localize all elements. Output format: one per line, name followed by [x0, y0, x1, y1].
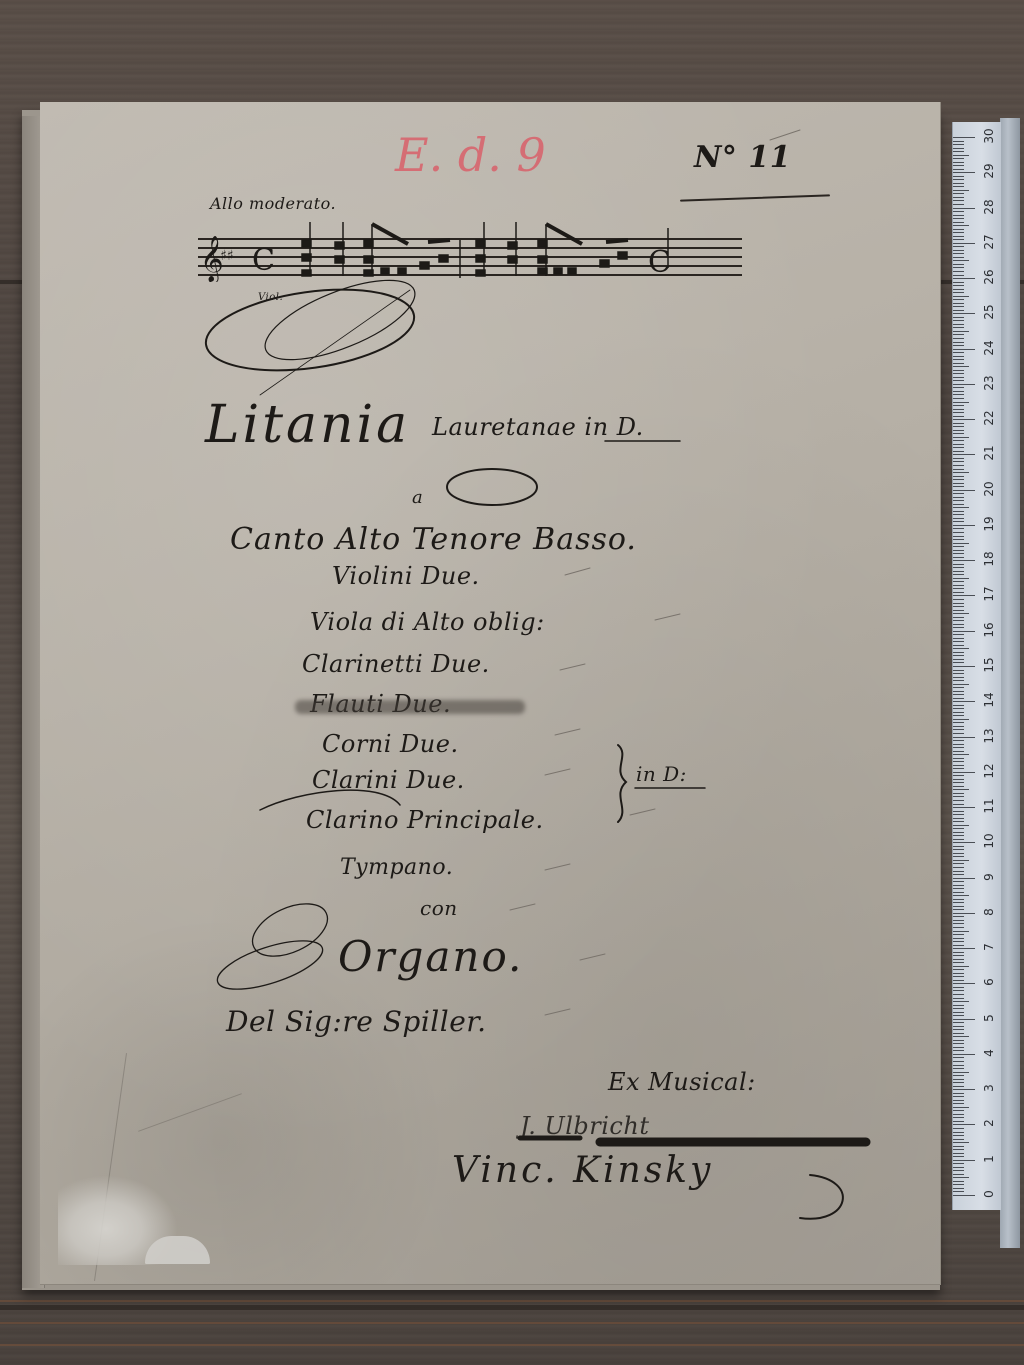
- ruler-label: 29: [982, 161, 996, 181]
- ruler-tick: [953, 373, 964, 374]
- ruler-tick: [953, 543, 969, 544]
- ruler-tick: [953, 1019, 975, 1020]
- ruler-tick: [953, 215, 964, 216]
- ruler-tick: [953, 934, 964, 935]
- ruler-tick: [953, 807, 975, 808]
- ruler-tick: [953, 1072, 969, 1073]
- voices-line: Canto Alto Tenore Basso.: [230, 522, 637, 557]
- ruler-tick: [953, 1033, 964, 1034]
- ruler-tick: [953, 363, 964, 364]
- ruler-tick: [953, 267, 964, 268]
- ruler-tick: [953, 655, 964, 656]
- ruler-tick: [953, 486, 964, 487]
- ruler-tick: [953, 334, 964, 335]
- ruler-tick: [953, 983, 975, 984]
- ruler-tick: [953, 740, 964, 741]
- ruler-tick: [953, 1167, 964, 1168]
- ruler-tick: [953, 913, 975, 914]
- ruler-tick: [953, 539, 964, 540]
- ruler-tick: [953, 620, 964, 621]
- ruler-label: 4: [982, 1043, 996, 1063]
- ruler-tick: [953, 1012, 964, 1013]
- ruler-tick: [953, 610, 964, 611]
- ruler-tick: [953, 719, 969, 720]
- ruler-tick: [953, 955, 964, 956]
- ruler-tick: [953, 1191, 964, 1192]
- ruler-tick: [953, 423, 964, 424]
- ruler-tick: [953, 990, 964, 991]
- ruler-label: 8: [982, 902, 996, 922]
- ruler-tick: [953, 652, 964, 653]
- ruler-tick: [953, 684, 969, 685]
- ruler-label: 22: [982, 408, 996, 428]
- ruler-tick: [953, 1043, 964, 1044]
- ruler-tick: [953, 1121, 964, 1122]
- ruler-tick: [953, 190, 969, 191]
- ruler-tick: [953, 818, 964, 819]
- ruler-tick: [953, 878, 975, 879]
- ruler-tick: [953, 1163, 964, 1164]
- ruler-tick: [953, 712, 964, 713]
- ruler-label: 24: [982, 338, 996, 358]
- ruler-label: 14: [982, 690, 996, 710]
- ruler-tick: [953, 342, 964, 343]
- ruler-tick: [953, 1100, 964, 1101]
- ruler-tick: [953, 839, 964, 840]
- ruler-tick: [953, 595, 975, 596]
- ruler-tick: [953, 899, 964, 900]
- ruler-tick: [953, 631, 975, 632]
- ruler-tick: [953, 338, 964, 339]
- ruler-tick: [953, 222, 964, 223]
- ruler-tick: [953, 384, 975, 385]
- ruler-tick: [953, 722, 964, 723]
- ruler-tick: [953, 786, 964, 787]
- ruler-label: 18: [982, 549, 996, 569]
- ruler-tick: [953, 165, 964, 166]
- ruler-tick: [953, 320, 964, 321]
- ruler-tick: [953, 641, 964, 642]
- ruler-tick: [953, 1103, 964, 1104]
- ruler-tick: [953, 856, 964, 857]
- ruler-tick: [953, 1075, 964, 1076]
- provenance-struck-owner: J. Ulbricht: [520, 1112, 649, 1140]
- ruler-label: 15: [982, 655, 996, 675]
- ruler-label: 5: [982, 1008, 996, 1028]
- ruler-tick: [953, 666, 975, 667]
- ruler-tick: [953, 941, 964, 942]
- ruler-tick: [953, 532, 964, 533]
- ruler-tick: [953, 1008, 964, 1009]
- composer-line: Del Sig:re Spiller.: [226, 1005, 486, 1038]
- ruler-tick: [953, 1015, 964, 1016]
- ruler-tick: [953, 172, 975, 173]
- ruler-tick: [953, 588, 964, 589]
- ruler-tick: [953, 1156, 964, 1157]
- ruler-tick: [953, 472, 969, 473]
- ruler-tick: [953, 638, 964, 639]
- ruler-tick: [953, 1153, 964, 1154]
- ruler-label: 9: [982, 867, 996, 887]
- ruler-tick: [953, 490, 975, 491]
- ruler-tick: [953, 871, 964, 872]
- ruler-label: 10: [982, 831, 996, 851]
- ruler-label: 3: [982, 1078, 996, 1098]
- title-sub: Lauretanae in D.: [432, 413, 644, 441]
- ruler-tick: [953, 962, 964, 963]
- ruler-tick: [953, 253, 964, 254]
- ruler-tick: [953, 186, 964, 187]
- ruler-tick: [953, 356, 964, 357]
- ruler-tick: [953, 1082, 964, 1083]
- ruler-tick: [953, 574, 964, 575]
- ruler-tick: [953, 758, 964, 759]
- ruler-label: 25: [982, 302, 996, 322]
- ruler-tick: [953, 507, 969, 508]
- ruler-tick: [953, 744, 964, 745]
- ruler-tick: [953, 1124, 975, 1125]
- ruler-tick: [953, 1079, 964, 1080]
- ruler-tick: [953, 952, 964, 953]
- ruler-tick: [953, 479, 964, 480]
- ruler-tick: [953, 691, 964, 692]
- ruler-tick: [953, 232, 964, 233]
- ruler-tick: [953, 966, 969, 967]
- ruler-tick: [953, 324, 964, 325]
- ruler-label: 19: [982, 514, 996, 534]
- ruler-label: 16: [982, 620, 996, 640]
- ruler-tick: [953, 931, 969, 932]
- ruler-rail: [1000, 118, 1020, 1248]
- ruler-tick: [953, 271, 964, 272]
- ruler-tick: [953, 250, 964, 251]
- ruler-tick: [953, 1139, 964, 1140]
- ruler-tick: [953, 976, 964, 977]
- ruler-tick: [953, 282, 964, 283]
- ruler-tick: [953, 218, 964, 219]
- ruler-tick: [953, 419, 975, 420]
- ruler-tick: [953, 680, 964, 681]
- ruler-tick: [953, 1061, 964, 1062]
- ruler-tick: [953, 627, 964, 628]
- instrument-viola: Viola di Alto oblig:: [310, 608, 545, 636]
- ruler-tick: [953, 825, 969, 826]
- ruler-tick: [953, 402, 969, 403]
- ruler-tick: [953, 828, 964, 829]
- ruler-tick: [953, 1184, 964, 1185]
- ruler-tick: [953, 895, 969, 896]
- ruler-tick: [953, 842, 975, 843]
- ruler-tick: [953, 1177, 969, 1178]
- ruler-tick: [953, 525, 975, 526]
- ruler-tick: [953, 849, 964, 850]
- ruler-tick: [953, 1181, 964, 1182]
- ruler-tick: [953, 585, 964, 586]
- ruler-tick: [953, 278, 975, 279]
- ruler-tick: [953, 1146, 964, 1147]
- wood-grain-streak: [0, 1322, 1024, 1324]
- ruler-tick: [953, 426, 964, 427]
- ruler-tick: [953, 973, 964, 974]
- ruler-tick: [953, 366, 969, 367]
- ruler-tick: [953, 1149, 964, 1150]
- ruler-tick: [953, 909, 964, 910]
- ruler-tick: [953, 733, 964, 734]
- ruler-label: 6: [982, 972, 996, 992]
- instrument-clarino-principale: Clarino Principale.: [306, 806, 544, 834]
- ruler-tick: [953, 387, 964, 388]
- measuring-ruler: 0123456789101112131415161718192021222324…: [952, 122, 1001, 1210]
- provenance-ex-musicalibus: Ex Musical:: [608, 1068, 756, 1096]
- ruler-tick: [953, 581, 964, 582]
- scoring-intro: a: [412, 487, 423, 508]
- ruler-tick: [953, 772, 975, 773]
- ruler-tick: [953, 243, 975, 244]
- ruler-tick: [953, 1188, 964, 1189]
- ruler-tick: [953, 430, 964, 431]
- ruler-label: 17: [982, 584, 996, 604]
- ruler-tick: [953, 987, 964, 988]
- ruler-tick: [953, 916, 964, 917]
- ruler-tick: [953, 461, 964, 462]
- ruler-tick: [953, 236, 964, 237]
- instrument-tympano: Tympano.: [340, 855, 453, 880]
- ruler-label: 27: [982, 232, 996, 252]
- ruler-tick: [953, 303, 964, 304]
- ruler-tick: [953, 144, 964, 145]
- ruler-tick: [953, 416, 964, 417]
- ruler-tick: [953, 179, 964, 180]
- ruler-tick: [953, 299, 964, 300]
- ruler-tick: [953, 176, 964, 177]
- ruler-label: 7: [982, 937, 996, 957]
- ruler-tick: [953, 264, 964, 265]
- svg-text:♯♯: ♯♯: [220, 248, 234, 264]
- ruler-tick: [953, 193, 964, 194]
- ruler-tick: [953, 229, 964, 230]
- ruler-tick: [953, 296, 969, 297]
- ruler-tick: [953, 447, 964, 448]
- svg-text:C: C: [252, 243, 275, 278]
- ruler-tick: [953, 613, 969, 614]
- ruler-label: 26: [982, 267, 996, 287]
- music-incipit-staff: 𝄞 ♯♯ C C: [198, 236, 742, 280]
- ruler-tick: [953, 768, 964, 769]
- ruler-tick: [953, 412, 964, 413]
- ruler-tick: [953, 677, 964, 678]
- ruler-label: 13: [982, 726, 996, 746]
- ruler-tick: [953, 687, 964, 688]
- ruler-tick: [953, 948, 975, 949]
- ruler-label: 28: [982, 197, 996, 217]
- number-mark: N° 11: [694, 140, 791, 175]
- ruler-tick: [953, 1057, 964, 1058]
- ruler-tick: [953, 564, 964, 565]
- ruler-tick: [953, 1117, 964, 1118]
- ruler-tick: [953, 306, 964, 307]
- ruler-tick: [953, 331, 969, 332]
- ruler-tick: [953, 1036, 969, 1037]
- organo-label: Organo.: [338, 932, 523, 981]
- ruler-tick: [953, 518, 964, 519]
- ruler-tick: [953, 208, 975, 209]
- ruler-tick: [953, 634, 964, 635]
- ruler-label: 1: [982, 1149, 996, 1169]
- instrument-clarinetti: Clarinetti Due.: [302, 650, 490, 678]
- ruler-tick: [953, 458, 964, 459]
- ruler-tick: [953, 1047, 964, 1048]
- ruler-tick: [953, 754, 969, 755]
- ruler-tick: [953, 648, 969, 649]
- ruler-tick: [953, 670, 964, 671]
- ruler-tick: [953, 546, 964, 547]
- ruler-tick: [953, 617, 964, 618]
- ruler-tick: [953, 775, 964, 776]
- ruler-tick: [953, 969, 964, 970]
- ruler-tick: [953, 779, 964, 780]
- ruler-tick: [953, 444, 964, 445]
- ruler-tick: [953, 715, 964, 716]
- ruler-tick: [953, 359, 964, 360]
- ruler-tick: [953, 246, 964, 247]
- ruler-tick: [953, 1001, 969, 1002]
- key-bracket-label: in D:: [636, 762, 687, 786]
- shelfmark-red: E. d. 9: [395, 128, 546, 182]
- ruler-tick: [953, 289, 964, 290]
- title-main: Litania: [205, 395, 410, 455]
- ruler-tick: [953, 394, 964, 395]
- ruler-tick: [953, 349, 975, 350]
- ruler-tick: [953, 571, 964, 572]
- instrument-clarini: Clarini Due.: [312, 766, 465, 794]
- ruler-label: 11: [982, 796, 996, 816]
- ruler-tick: [953, 500, 964, 501]
- ruler-tick: [953, 200, 964, 201]
- instrument-corni: Corni Due.: [322, 730, 459, 758]
- ruler-tick: [953, 726, 964, 727]
- ruler-tick: [953, 603, 964, 604]
- ruler-tick: [953, 148, 964, 149]
- ruler-tick: [953, 1160, 975, 1161]
- ruler-tick: [953, 659, 964, 660]
- ruler-label: 0: [982, 1184, 996, 1204]
- ruler-tick: [953, 310, 964, 311]
- ruler-tick: [953, 892, 964, 893]
- ruler-tick: [953, 888, 964, 889]
- ruler-tick: [953, 1065, 964, 1066]
- ruler-tick: [953, 137, 975, 138]
- ruler-tick: [953, 158, 964, 159]
- ruler-tick: [953, 292, 964, 293]
- ruler-tick: [953, 162, 964, 163]
- wood-grain-streak: [0, 1344, 1024, 1346]
- ruler-tick: [953, 737, 975, 738]
- ruler-tick: [953, 906, 964, 907]
- ruler-tick: [953, 405, 964, 406]
- wood-grain-streak: [0, 1300, 1024, 1302]
- ruler-label: 12: [982, 761, 996, 781]
- ruler-tick: [953, 701, 975, 702]
- ruler-tick: [953, 1142, 969, 1143]
- ruler-tick: [953, 1195, 975, 1196]
- ruler-tick: [953, 239, 964, 240]
- ruler-tick: [953, 557, 964, 558]
- ruler-tick: [953, 1068, 964, 1069]
- ruler-tick: [953, 578, 969, 579]
- ruler-tick: [953, 811, 964, 812]
- ruler-tick: [953, 1054, 975, 1055]
- ruler-tick: [953, 437, 969, 438]
- ruler-tick: [953, 729, 964, 730]
- ruler-tick: [953, 528, 964, 529]
- ruler-tick: [953, 920, 964, 921]
- ruler-tick: [953, 536, 964, 537]
- con-label: con: [420, 896, 458, 920]
- ruler-tick: [953, 560, 975, 561]
- ruler-tick: [953, 835, 964, 836]
- ruler-tick: [953, 1005, 964, 1006]
- ruler-tick: [953, 377, 964, 378]
- ruler-tick: [953, 1050, 964, 1051]
- ruler-tick: [953, 624, 964, 625]
- ruler-tick: [953, 662, 964, 663]
- ruler-tick: [953, 327, 964, 328]
- ruler-tick: [953, 521, 964, 522]
- ruler-tick: [953, 370, 964, 371]
- ruler-tick: [953, 1096, 964, 1097]
- ruler-tick: [953, 796, 964, 797]
- ruler-tick: [953, 1026, 964, 1027]
- ruler-tick: [953, 846, 964, 847]
- ruler-tick: [953, 285, 964, 286]
- ruler-tick: [953, 1093, 964, 1094]
- ruler-tick: [953, 1089, 975, 1090]
- ruler-tick: [953, 1022, 964, 1023]
- ruler-tick: [953, 514, 964, 515]
- ruler-tick: [953, 260, 969, 261]
- ruler-tick: [953, 599, 964, 600]
- ruler-tick: [953, 204, 964, 205]
- ruler-tick: [953, 592, 964, 593]
- music-notes-icon: 𝄞 ♯♯ C C: [198, 222, 742, 282]
- wood-plank-seam: [0, 1305, 1024, 1310]
- ruler-label: 20: [982, 479, 996, 499]
- ruler-tick: [953, 800, 964, 801]
- ruler-tick: [953, 606, 964, 607]
- ruler-tick: [953, 751, 964, 752]
- incipit-instrument-note: Viol.: [258, 292, 283, 303]
- ruler-tick: [953, 645, 964, 646]
- ruler-tick: [953, 1110, 964, 1111]
- ruler-tick: [953, 860, 969, 861]
- ruler-tick: [953, 1107, 969, 1108]
- ruler-tick: [953, 451, 964, 452]
- ruler-tick: [953, 821, 964, 822]
- ruler-tick: [953, 151, 964, 152]
- ruler-label: 30: [982, 126, 996, 146]
- ruler-tick: [953, 1114, 964, 1115]
- ruler-tick: [953, 867, 964, 868]
- ruler-tick: [953, 708, 964, 709]
- provenance-owner: Vinc. Kinsky: [452, 1150, 713, 1191]
- ruler-tick: [953, 1128, 964, 1129]
- ruler-tick: [953, 765, 964, 766]
- instrument-violini: Violini Due.: [332, 562, 480, 590]
- ruler-tick: [953, 454, 975, 455]
- ruler-tick: [953, 469, 964, 470]
- ruler-tick: [953, 550, 964, 551]
- ruler-tick: [953, 761, 964, 762]
